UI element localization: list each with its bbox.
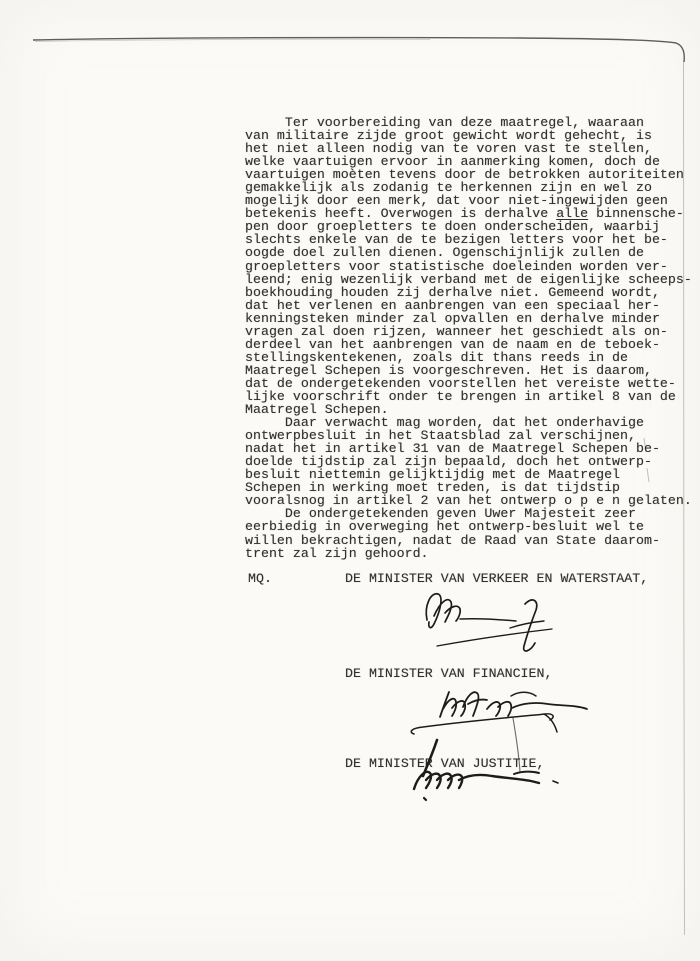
minister-title-justitie: DE MINISTER VAN JUSTITIE, xyxy=(345,757,545,770)
body-text-part2: binnensche- pen door groepletters te doe… xyxy=(245,206,692,560)
minister-title-financien: DE MINISTER VAN FINANCIEN, xyxy=(345,667,552,680)
minister-title-verkeer-waterstaat: DE MINISTER VAN VERKEER EN WATERSTAAT, xyxy=(345,572,648,585)
signature-verkeer-waterstaat xyxy=(410,588,560,658)
signature-financien xyxy=(405,688,590,760)
letter-body: Ter voorbereiding van deze maatregel, wa… xyxy=(245,116,692,560)
scanned-document-page: Ter voorbereiding van deze maatregel, wa… xyxy=(0,0,700,961)
page-top-edge-line xyxy=(33,38,684,62)
page-top-edge-shadow xyxy=(35,39,430,41)
reference-code: MQ. xyxy=(248,572,272,585)
